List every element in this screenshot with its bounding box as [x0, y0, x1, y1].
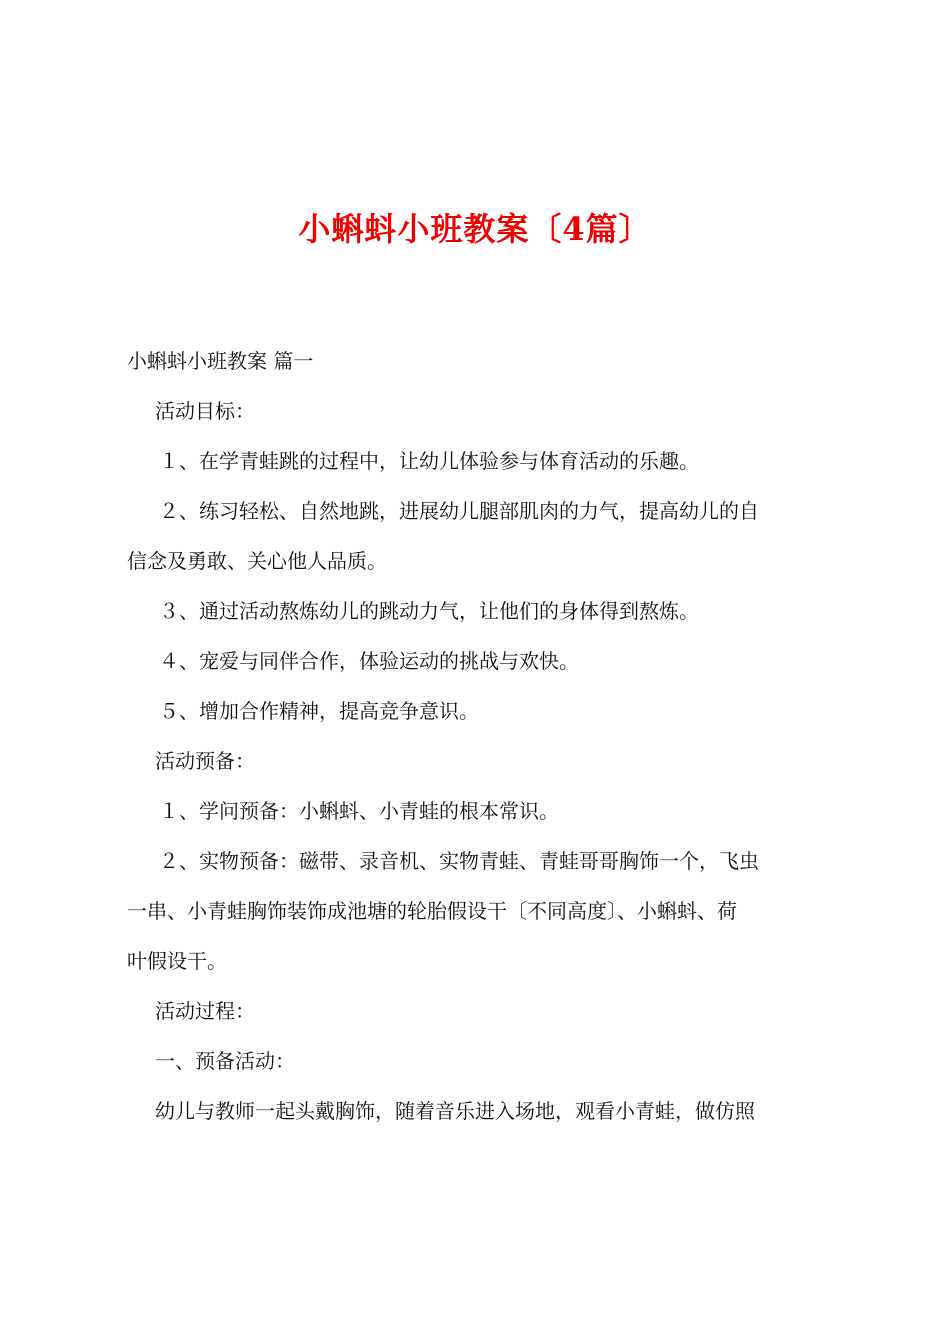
prep-item-2: ２、实物预备：磁带、录音机、实物青蛙、青蛙哥哥胸饰一个，飞虫: [127, 836, 833, 886]
document-title: 小蝌蚪小班教案〔4篇〕: [0, 207, 950, 251]
section-heading: 小蝌蚪小班教案 篇一: [127, 336, 833, 386]
document-body: 小蝌蚪小班教案 篇一 活动目标： １、在学青蛙跳的过程中，让幼儿体验参与体育活动…: [127, 336, 833, 1136]
goal-item-2-continued: 信念及勇敢、关心他人品质。: [127, 536, 833, 586]
prep-item-1: １、学问预备：小蝌蚪、小青蛙的根本常识。: [127, 786, 833, 836]
subheading-activity-goals: 活动目标：: [127, 386, 833, 436]
process-step-1-heading: 一、预备活动：: [127, 1036, 833, 1086]
goal-item-1: １、在学青蛙跳的过程中，让幼儿体验参与体育活动的乐趣。: [127, 436, 833, 486]
prep-item-2-continued-2: 叶假设干。: [127, 936, 833, 986]
prep-item-2-continued: 一串、小青蛙胸饰装饰成池塘的轮胎假设干〔不同高度〕、小蝌蚪、荷: [127, 886, 833, 936]
document-page: 小蝌蚪小班教案〔4篇〕 小蝌蚪小班教案 篇一 活动目标： １、在学青蛙跳的过程中…: [0, 0, 950, 1344]
goal-item-5: ５、增加合作精神，提高竞争意识。: [127, 686, 833, 736]
goal-item-4: ４、宠爱与同伴合作，体验运动的挑战与欢快。: [127, 636, 833, 686]
goal-item-3: ３、通过活动熬炼幼儿的跳动力气，让他们的身体得到熬炼。: [127, 586, 833, 636]
subheading-activity-process: 活动过程：: [127, 986, 833, 1036]
goal-item-2: ２、练习轻松、自然地跳，进展幼儿腿部肌肉的力气，提高幼儿的自: [127, 486, 833, 536]
process-step-1-text: 幼儿与教师一起头戴胸饰，随着音乐进入场地，观看小青蛙，做仿照: [127, 1086, 833, 1136]
subheading-activity-preparation: 活动预备：: [127, 736, 833, 786]
